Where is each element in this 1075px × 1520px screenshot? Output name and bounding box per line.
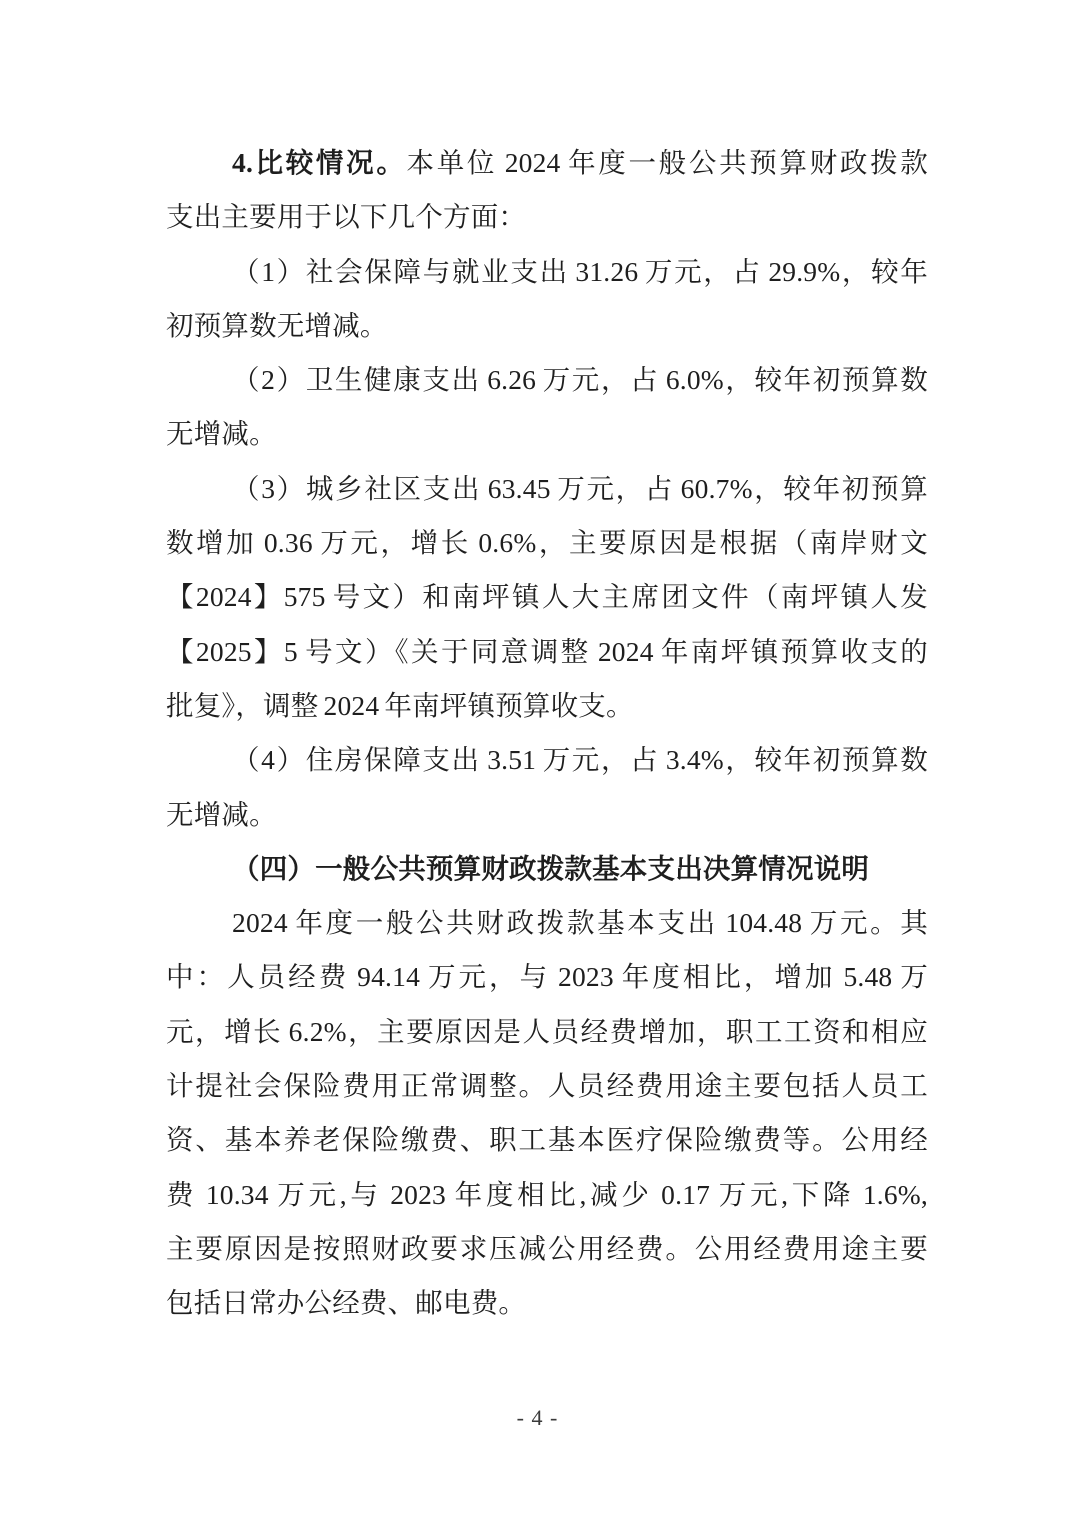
text-segment: （4）住房保障支出 3.51 万元，占 3.4%，较年初预算数 [232,744,928,775]
text-segment: 批复》，调整 2024 年南坪镇预算收支。 [166,690,634,721]
text-segment: 主要原因是按照财政要求压减公用经费。公用经费用途主要 [166,1233,928,1264]
text-line: （四）一般公共预算财政拨款基本支出决算情况说明 [166,842,928,896]
text-segment: 计提社会保险费用正常调整。人员经费用途主要包括人员工 [166,1070,928,1101]
text-line: 元，增长 6.2%，主要原因是人员经费增加，职工工资和相应 [166,1005,928,1059]
bold-text-segment: （四）一般公共预算财政拨款基本支出决算情况说明 [232,853,869,884]
text-line: 2024 年度一般公共财政拨款基本支出 104.48 万元。其 [166,896,928,950]
text-line: 中：人员经费 94.14 万元，与 2023 年度相比，增加 5.48 万 [166,950,928,1004]
bold-text-segment: 4.比较情况。 [232,147,407,178]
text-segment: 资、基本养老保险缴费、职工基本医疗保险缴费等。公用经 [166,1124,928,1155]
text-segment: 【2024】575 号文）和南坪镇人大主席团文件（南坪镇人发 [166,581,928,612]
text-line: 初预算数无增减。 [166,299,928,353]
text-segment: （3）城乡社区支出 63.45 万元，占 60.7%，较年初预算 [232,473,928,504]
text-segment: 【2025】5 号文）《关于同意调整 2024 年南坪镇预算收支的 [166,636,928,667]
text-segment: 数增加 0.36 万元，增长 0.6%，主要原因是根据（南岸财文 [166,527,928,558]
text-segment: 2024 年度一般公共财政拨款基本支出 104.48 万元。其 [232,907,928,938]
text-line: 批复》，调整 2024 年南坪镇预算收支。 [166,679,928,733]
page-number: - 4 - [0,1403,1075,1433]
document-body: 4.比较情况。本单位 2024 年度一般公共预算财政拨款支出主要用于以下几个方面… [166,136,928,1331]
text-segment: （1）社会保障与就业支出 31.26 万元，占 29.9%，较年 [232,256,928,287]
text-line: 数增加 0.36 万元，增长 0.6%，主要原因是根据（南岸财文 [166,516,928,570]
text-segment: 元，增长 6.2%，主要原因是人员经费增加，职工工资和相应 [166,1016,928,1047]
text-segment: 本单位 2024 年度一般公共预算财政拨款 [407,147,928,178]
text-line: 包括日常办公经费、邮电费。 [166,1276,928,1330]
text-line: 主要原因是按照财政要求压减公用经费。公用经费用途主要 [166,1222,928,1276]
text-segment: 无增减。 [166,418,277,449]
text-line: 支出主要用于以下几个方面： [166,190,928,244]
text-line: 【2024】575 号文）和南坪镇人大主席团文件（南坪镇人发 [166,570,928,624]
text-line: 计提社会保险费用正常调整。人员经费用途主要包括人员工 [166,1059,928,1113]
text-line: （1）社会保障与就业支出 31.26 万元，占 29.9%，较年 [166,245,928,299]
text-line: 费 10.34 万元,与 2023 年度相比,减少 0.17 万元,下降 1.6… [166,1168,928,1222]
text-segment: 中：人员经费 94.14 万元，与 2023 年度相比，增加 5.48 万 [166,961,928,992]
document-page: 4.比较情况。本单位 2024 年度一般公共预算财政拨款支出主要用于以下几个方面… [0,0,1075,1520]
text-segment: 包括日常办公经费、邮电费。 [166,1287,526,1318]
text-segment: 无增减。 [166,799,277,830]
text-segment: （2）卫生健康支出 6.26 万元，占 6.0%，较年初预算数 [232,364,928,395]
text-segment: 初预算数无增减。 [166,310,388,341]
text-line: 4.比较情况。本单位 2024 年度一般公共预算财政拨款 [166,136,928,190]
text-line: （4）住房保障支出 3.51 万元，占 3.4%，较年初预算数 [166,733,928,787]
text-line: 【2025】5 号文）《关于同意调整 2024 年南坪镇预算收支的 [166,625,928,679]
text-line: （2）卫生健康支出 6.26 万元，占 6.0%，较年初预算数 [166,353,928,407]
text-line: （3）城乡社区支出 63.45 万元，占 60.7%，较年初预算 [166,462,928,516]
text-segment: 费 10.34 万元,与 2023 年度相比,减少 0.17 万元,下降 1.6… [166,1179,928,1210]
text-line: 无增减。 [166,788,928,842]
text-line: 无增减。 [166,407,928,461]
text-line: 资、基本养老保险缴费、职工基本医疗保险缴费等。公用经 [166,1113,928,1167]
text-segment: 支出主要用于以下几个方面： [166,201,526,232]
